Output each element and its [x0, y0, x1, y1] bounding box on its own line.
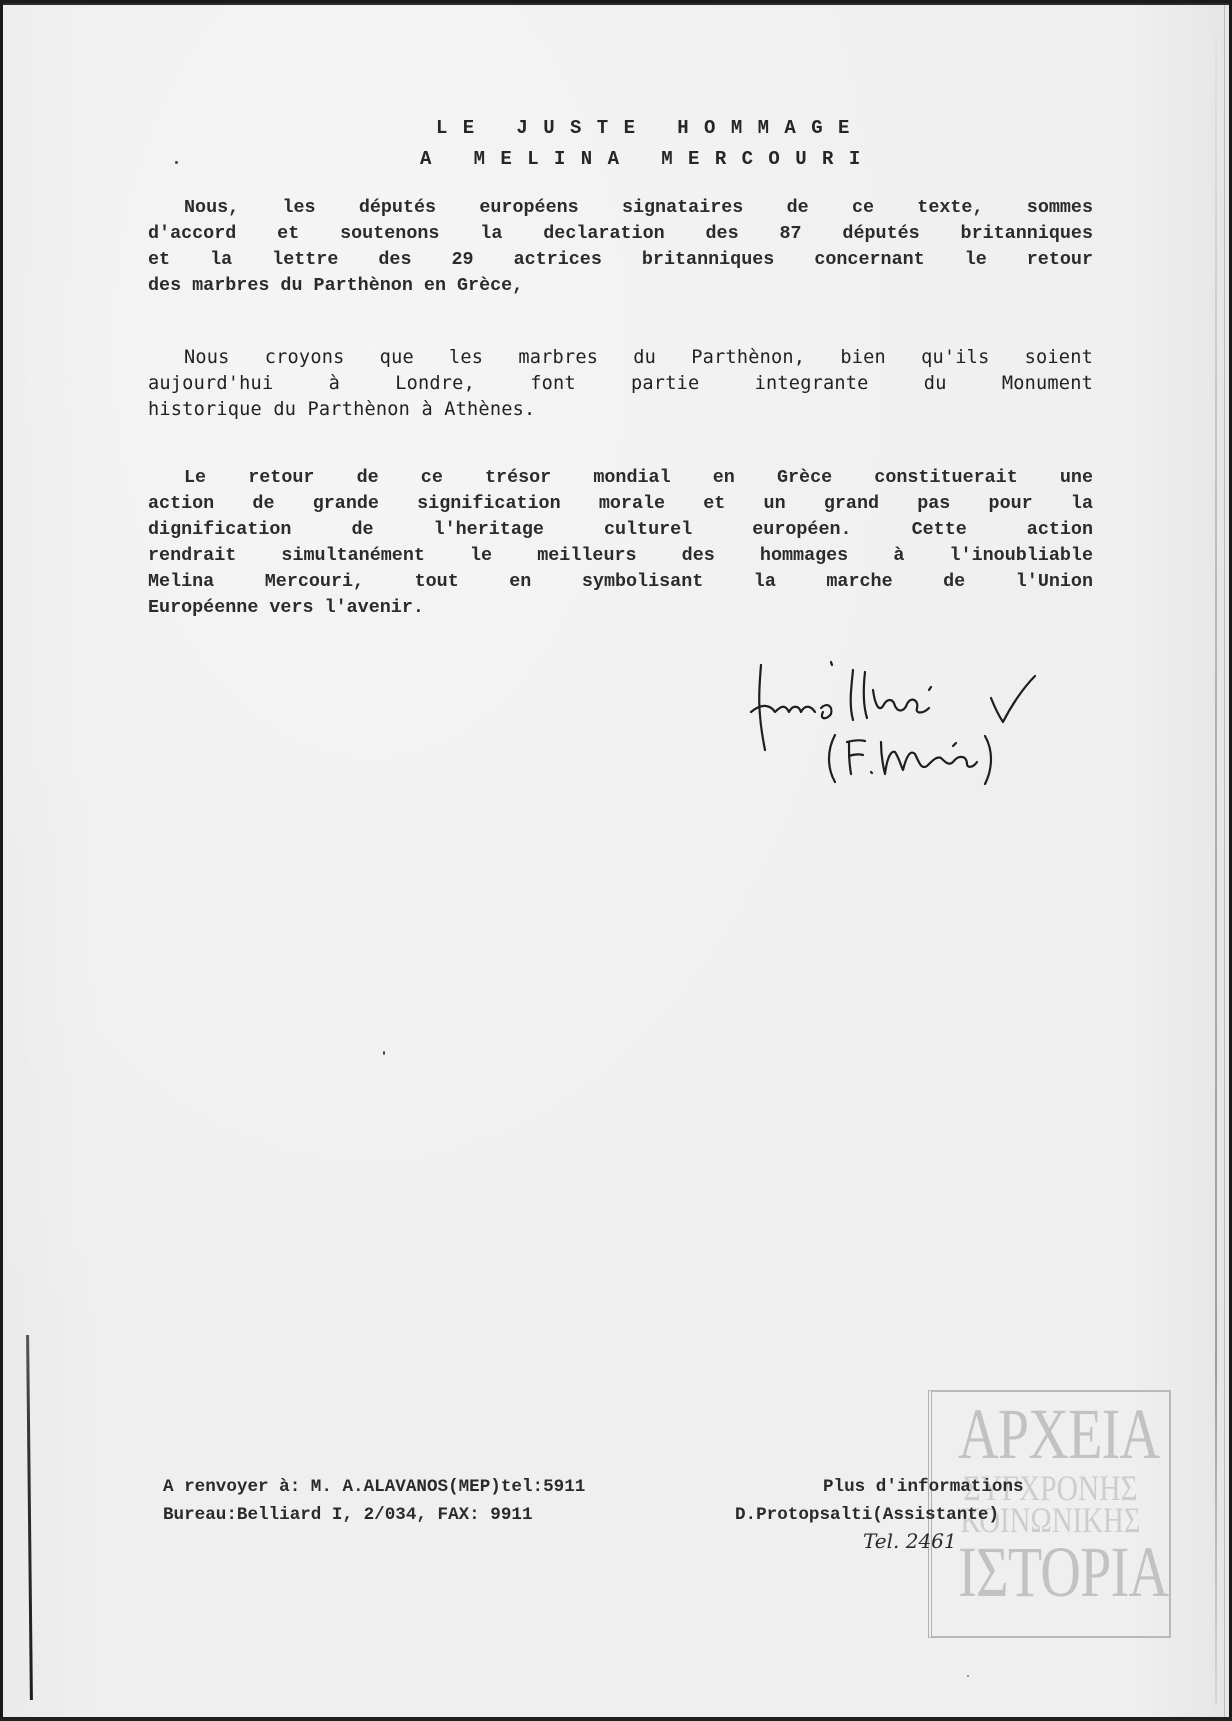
paragraph-1: Nous, les députés européens signataires … [148, 195, 1093, 299]
paragraph-line: Européenne vers l'avenir. [148, 595, 1093, 621]
stamp-line: ΑΡΧΕΙΑ [958, 1398, 1143, 1470]
paragraph-line: et la lettre des 29 actrices britannique… [148, 247, 1093, 273]
paragraph-line: Melina Mercouri, tout en symbolisant la … [148, 569, 1093, 595]
margin-mark [26, 1335, 33, 1700]
paragraph-line: dignification de l'heritage culturel eur… [148, 517, 1093, 543]
paragraph-line: Nous croyons que les marbres du Parthèno… [148, 345, 1093, 371]
stamp-line: ΙΣΤΟΡΙΑΣ [958, 1536, 1143, 1608]
signature-scribble-icon [723, 650, 1083, 800]
footer-contact-name: D.Protopsalti(Assistante) [735, 1505, 999, 1525]
scan-speck [175, 161, 178, 164]
page-edge-line [1224, 5, 1225, 1721]
document-title-line-2: A MELINA MERCOURI [420, 148, 876, 170]
paragraph-line: des marbres du Parthènon en Grèce, [148, 273, 1093, 299]
page-bottom-edge [0, 1717, 1232, 1721]
scan-speck [967, 1675, 969, 1677]
paragraph-line: action de grande signification morale et… [148, 491, 1093, 517]
handwritten-telephone: Tel. 2461 [863, 1529, 957, 1553]
paragraph-3: Le retour de ce trésor mondial en Grèce … [148, 465, 1093, 621]
footer-info-label: Plus d'informations [823, 1477, 1024, 1497]
scan-speck [383, 1051, 385, 1055]
footer-return-address: A renvoyer à: M. A.ALAVANOS(MEP)tel:5911 [163, 1477, 585, 1497]
paragraph-line: d'accord et soutenons la declaration des… [148, 221, 1093, 247]
footer-office-address: Bureau:Belliard I, 2/034, FAX: 9911 [163, 1505, 533, 1525]
paragraph-line: aujourd'hui à Londre, font partie integr… [148, 371, 1093, 397]
paragraph-line: Nous, les députés européens signataires … [148, 195, 1093, 221]
document-page: LE JUSTE HOMMAGE A MELINA MERCOURI Nous,… [3, 3, 1229, 1717]
paragraph-2: Nous croyons que les marbres du Parthèno… [148, 345, 1093, 423]
paragraph-line: historique du Parthènon à Athènes. [148, 397, 1093, 423]
paragraph-line: rendrait simultanément le meilleurs des … [148, 543, 1093, 569]
paragraph-line: Le retour de ce trésor mondial en Grèce … [148, 465, 1093, 491]
page-edge-line [1215, 35, 1217, 1705]
document-title-line-1: LE JUSTE HOMMAGE [436, 117, 865, 139]
handwritten-signature [723, 650, 1083, 800]
